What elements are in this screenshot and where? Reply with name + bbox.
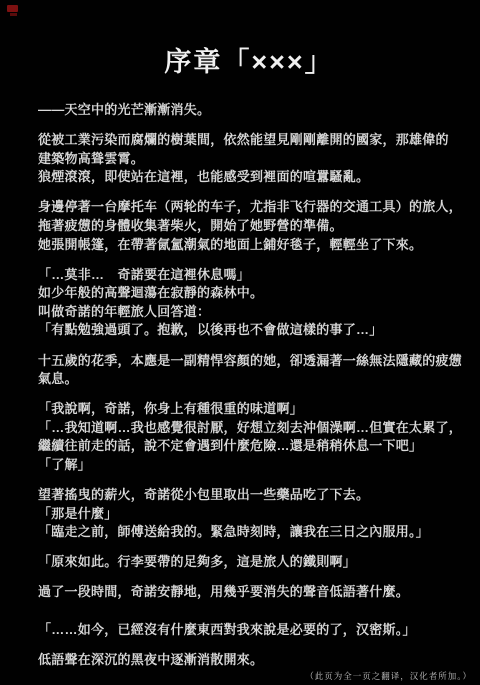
dialogue-paragraph: 「原來如此。行李要帶的足夠多，這是旅人的鐵則啊」 (38, 553, 460, 572)
paragraph: 身邊停著一台摩托车（两轮的车子，尤指非飞行器的交通工具）的旅人， 拖著疲憊的身體… (38, 198, 460, 254)
dialogue-paragraph: 「…莫非… 奇諾要在這裡休息嗎」 如少年般的高聲迴蕩在寂靜的森林中。 叫做奇諾的… (38, 266, 460, 340)
paragraph: 望著搖曳的薪火，奇諾從小包里取出一些藥品吃了下去。 「那是什麼」 「臨走之前，師… (38, 486, 460, 542)
red-corner-mark (7, 5, 18, 12)
paragraph: 過了一段時間，奇諾安靜地，用幾乎要消失的聲音低語著什麼。 (38, 583, 460, 602)
translator-note: （此页为全一页之翻译，汉化者所加。） (305, 670, 472, 682)
chapter-title: 序章「×××」 (38, 0, 460, 78)
paragraph: 從被工業污染而腐爛的樹葉間，依然能望見剛剛離開的國家，那雄偉的 建築物高聳雲霄。… (38, 131, 460, 187)
paragraph: 低語聲在深沉的黑夜中逐漸消散開來。 (38, 651, 460, 670)
chapter-body: ——天空中的光芒漸漸消失。 從被工業污染而腐爛的樹葉間，依然能望見剛剛離開的國家… (38, 101, 460, 670)
paragraph: ——天空中的光芒漸漸消失。 (38, 101, 460, 120)
dialogue-paragraph: 「……如今，已經沒有什麼東西對我來說是必要的了，汉密斯。」 (38, 621, 460, 640)
dialogue-paragraph: 「我說啊，奇諾，你身上有種很重的味道啊」 「…我知道啊…我也感覺很討厭，好想立刻… (38, 400, 460, 474)
paragraph: 十五歲的花季，本應是一副精悍容顏的她，卻透漏著一絲無法隱藏的疲憊 氣息。 (38, 352, 460, 389)
novel-page: 序章「×××」 ——天空中的光芒漸漸消失。 從被工業污染而腐爛的樹葉間，依然能望… (0, 0, 480, 685)
